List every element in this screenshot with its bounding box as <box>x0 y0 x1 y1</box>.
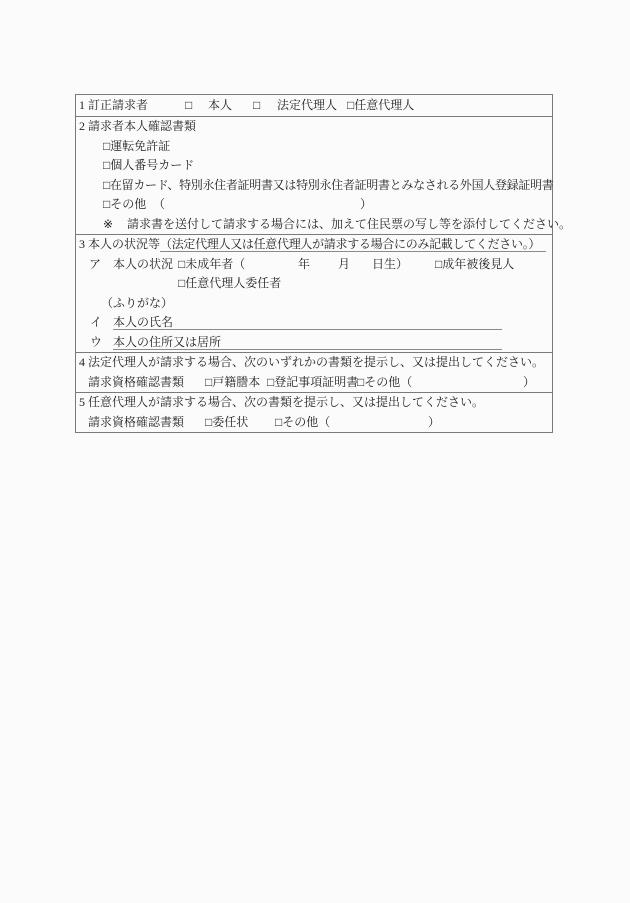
label-day-born: 日生） <box>372 255 408 275</box>
note-asterisk-icon: ※ <box>103 215 113 235</box>
checkbox-minor[interactable]: □未成年者（ <box>178 255 245 275</box>
open-paren: （ <box>153 195 165 215</box>
form-line: 請求者本人確認書類 <box>88 117 552 137</box>
label-month: 月 <box>338 255 350 275</box>
form-line: ウ 本人の住所又は居所 <box>88 333 552 353</box>
form-line: 法定代理人が請求する場合、次のいずれかの書類を提示し、又は提出してください。 <box>88 353 552 373</box>
checkbox-family-register[interactable]: □戸籍謄本 <box>205 373 260 393</box>
checkbox-other-qualification[interactable]: □その他（ <box>357 373 412 393</box>
item-letter-i: イ <box>90 313 102 333</box>
request-form-table: 1 訂正請求者 □ 本人 □ 法定代理人 □任意代理人 2 請求者本人確認書類 <box>75 94 553 433</box>
checkbox-self-icon[interactable]: □ <box>185 95 192 116</box>
document-page: 1 訂正請求者 □ 本人 □ 法定代理人 □任意代理人 2 請求者本人確認書類 <box>0 0 630 903</box>
checkbox-item-my-number-card[interactable]: □個人番号カード <box>103 156 194 176</box>
form-line: □任意代理人委任者 <box>88 274 552 294</box>
furigana-label: （ふりがな） <box>101 294 173 314</box>
checkbox-adult-ward[interactable]: □成年被後見人 <box>435 255 514 275</box>
checkbox-item-drivers-license[interactable]: □運転免許証 <box>103 137 170 157</box>
note-representative-only: （法定代理人又は任意代理人が請求する場合にのみ記載してください。） <box>160 235 546 252</box>
instruction-voluntary-representative: 任意代理人が請求する場合、次の書類を提示し、又は提出してください。 <box>88 393 484 413</box>
form-line: □運転免許証 <box>88 137 552 157</box>
row-principal-status: 3 本人の状況等 （法定代理人又は任意代理人が請求する場合にのみ記載してください… <box>76 234 552 352</box>
row-number: 1 <box>79 95 85 116</box>
label-year: 年 <box>298 255 310 275</box>
close-paren: ） <box>428 413 440 433</box>
row-number: 2 <box>79 117 85 137</box>
label-correction-requester: 訂正請求者 <box>88 95 148 116</box>
form-line: □その他 （ ） <box>88 195 552 215</box>
checkbox-power-of-attorney[interactable]: □委任状 <box>205 413 248 433</box>
form-line: ア 本人の状況 □未成年者（ 年 月 日生） □成年被後見人 <box>88 255 552 275</box>
section-title-principal-status: 本人の状況等 <box>88 235 160 255</box>
form-line: □個人番号カード <box>88 156 552 176</box>
note-mail-request: 請求書を送付して請求する場合には、加えて住民票の写し等を添付してください。 <box>127 215 571 235</box>
checkbox-item-residence-card[interactable]: □在留カード、特別永住者証明書又は特別永住者証明書とみなされる外国人登録証明書 <box>103 176 553 196</box>
section-title-identity-documents: 請求者本人確認書類 <box>88 117 196 137</box>
label-principal-status: 本人の状況 <box>113 255 173 275</box>
form-line: 訂正請求者 □ 本人 □ 法定代理人 □任意代理人 <box>88 95 552 116</box>
item-letter-a: ア <box>89 255 101 275</box>
label-qualification-documents: 請求資格確認書類 <box>88 413 184 433</box>
form-line: 請求資格確認書類 □戸籍謄本 □登記事項証明書 □その他（ ） <box>88 373 552 393</box>
row-number: 5 <box>79 393 85 413</box>
row-identity-documents: 2 請求者本人確認書類 □運転免許証 □個人番号カード □在留カード、特別永住者… <box>76 116 552 234</box>
instruction-legal-representative: 法定代理人が請求する場合、次のいずれかの書類を提示し、又は提出してください。 <box>88 353 544 373</box>
close-paren: ） <box>523 373 535 393</box>
principal-name-field[interactable]: 本人の氏名 <box>113 313 502 330</box>
principal-address-field[interactable]: 本人の住所又は居所 <box>113 333 502 350</box>
row-legal-representative-documents: 4 法定代理人が請求する場合、次のいずれかの書類を提示し、又は提出してください。… <box>76 352 552 392</box>
item-letter-u: ウ <box>90 333 102 353</box>
form-line: ※ 請求書を送付して請求する場合には、加えて住民票の写し等を添付してください。 <box>88 215 552 235</box>
checkbox-item-other-document[interactable]: □その他 <box>103 195 146 215</box>
checkbox-registration-certificate[interactable]: □登記事項証明書 <box>267 373 358 393</box>
form-line: イ 本人の氏名 <box>88 313 552 333</box>
row-number: 4 <box>79 353 85 373</box>
checkbox-voluntary-delegator[interactable]: □任意代理人委任者 <box>178 274 281 294</box>
form-line: （ふりがな） <box>88 294 552 314</box>
checkbox-item-voluntary-representative[interactable]: □任意代理人 <box>347 95 414 116</box>
row-number: 3 <box>79 235 85 255</box>
form-line: 本人の状況等 （法定代理人又は任意代理人が請求する場合にのみ記載してください。） <box>88 235 552 255</box>
form-line: 任意代理人が請求する場合、次の書類を提示し、又は提出してください。 <box>88 393 552 413</box>
row-correction-requester: 1 訂正請求者 □ 本人 □ 法定代理人 □任意代理人 <box>76 95 552 116</box>
checkbox-other-qualification[interactable]: □その他（ <box>275 413 330 433</box>
close-paren: ） <box>360 195 372 215</box>
form-line: 請求資格確認書類 □委任状 □その他（ ） <box>88 413 552 433</box>
form-line: □在留カード、特別永住者証明書又は特別永住者証明書とみなされる外国人登録証明書 <box>88 176 552 196</box>
row-voluntary-representative-documents: 5 任意代理人が請求する場合、次の書類を提示し、又は提出してください。 請求資格… <box>76 392 552 432</box>
checkbox-legal-representative-icon[interactable]: □ <box>253 95 260 116</box>
label-self: 本人 <box>208 95 232 116</box>
label-qualification-documents: 請求資格確認書類 <box>88 373 184 393</box>
label-legal-representative: 法定代理人 <box>277 95 337 116</box>
